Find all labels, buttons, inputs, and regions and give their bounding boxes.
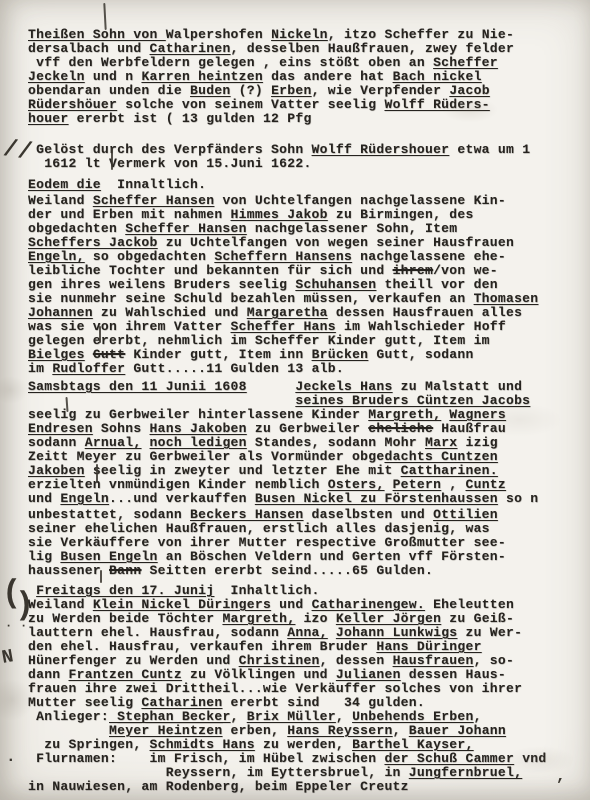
- text-run: , so-: [474, 653, 515, 668]
- underlined-text: Brücken: [312, 347, 369, 362]
- text-run: Standes, sodann Mohr: [247, 435, 425, 450]
- text-run: zu Wahlschied und: [93, 305, 247, 320]
- text-run: lig: [28, 549, 60, 564]
- text-run: ererbt sind 34 gulden.: [222, 695, 425, 710]
- text-run: [247, 379, 296, 394]
- underlined-text: Barthel Kayser,: [352, 737, 474, 752]
- text-run: Weiland: [28, 193, 93, 208]
- text-run: Seitten ererbt seind.....65 Gulden.: [141, 563, 433, 578]
- heading-eodem-die: Eodem die Innaltlich.: [28, 178, 590, 192]
- text-run: seelig in zweyter und letzter Ehe mit: [85, 463, 401, 478]
- document-text: Theißen Sohn von Walpershofen Nickeln, i…: [28, 28, 590, 794]
- underlined-text: Johannen: [28, 305, 93, 320]
- ink-speck: ,: [556, 768, 566, 784]
- boxed-text: Meyer Heintzen: [109, 723, 222, 738]
- entry-busen-nickel: unbestattet, sodann Beckers Hansen dasel…: [28, 508, 590, 578]
- text-run: Eheleutten: [425, 597, 514, 612]
- text-run: sie nunmehr seine Schuld bezahlen müssen…: [28, 291, 474, 306]
- text-run: haussener: [28, 563, 109, 578]
- text-line: zu Springen, Schmidts Hans zu werden, Ba…: [28, 738, 590, 752]
- text-line: und Engeln...und verkauffen Busen Nickel…: [28, 492, 590, 506]
- text-run: leibliche Tochter und bekannten für sich…: [28, 263, 393, 278]
- text-line: Zeitt Meyer zu Gerbweiler als Vormünder …: [28, 450, 590, 464]
- text-run: nachgelassene ehe-: [352, 249, 506, 264]
- text-run: das andere hat: [263, 69, 393, 84]
- text-run: , desselben Haußfrauen, zwey felder: [231, 41, 515, 56]
- text-run: Haußfrau: [433, 421, 506, 436]
- underlined-text: Erben: [271, 83, 312, 98]
- text-line: obendaran unden die Buden (?) Erben, wie…: [28, 84, 590, 98]
- text-line: seelig zu Gerbweiler hinterlassene Kinde…: [28, 408, 590, 422]
- text-run: etwa um 1: [449, 142, 530, 157]
- pen-stroke: [103, 3, 106, 30]
- underlined-text: Karren heintzen: [141, 69, 263, 84]
- underlined-text: Jacob: [449, 83, 490, 98]
- underlined-text: Scheffer Hansen: [125, 221, 247, 236]
- underlined-text: Busen Engeln: [60, 549, 157, 564]
- underlined-text: Arnual,: [85, 435, 142, 450]
- margin-n-mark: N: [0, 647, 15, 668]
- text-run: Flurnamen: im Frisch, im Hübel zwischen: [28, 751, 384, 766]
- text-run: [85, 347, 93, 362]
- underlined-text: Busen Nickel zu Förstenhaussen: [255, 491, 498, 506]
- text-run: Anlieger:: [28, 709, 117, 724]
- text-line: gen ihres weilens Bruders seelig Schuhan…: [28, 278, 590, 292]
- text-run: ,: [393, 723, 409, 738]
- text-line: was sie von ihrem Vatter Scheffer Hans i…: [28, 320, 590, 334]
- text-line: der und Erben mit nahmen Himmes Jakob zu…: [28, 208, 590, 222]
- text-run: Gutt.....11 Gulden 13 alb.: [125, 361, 344, 376]
- underlined-text: Jeckels Hans: [295, 379, 392, 394]
- underlined-text: Endresen: [28, 421, 93, 436]
- text-line: houer ererbt ist ( 13 gulden 12 Pfg: [28, 112, 590, 126]
- text-run: ,: [474, 709, 482, 724]
- text-run: dessen Haus-: [401, 667, 506, 682]
- text-run: zu Völklingen und: [182, 667, 336, 682]
- underlined-text: Cuntz: [466, 477, 507, 492]
- text-line: obgedachten Scheffer Hansen nachgelassen…: [28, 222, 590, 236]
- underlined-text: Hausfrauen: [393, 653, 474, 668]
- text-run: daselbsten und: [303, 507, 433, 522]
- underlined-text: Cattharinen.: [401, 463, 498, 478]
- underlined-text: Christinen: [239, 653, 320, 668]
- text-run: zu Wer-: [457, 625, 522, 640]
- underlined-text: Marx: [425, 435, 457, 450]
- text-run: ,: [336, 709, 352, 724]
- entry-walpershofen: Theißen Sohn von Walpershofen Nickeln, i…: [28, 28, 590, 126]
- text-run: und n: [85, 69, 142, 84]
- text-line: seines Bruders Cüntzen Jacobs: [28, 394, 590, 408]
- underlined-text: Unbehends Erben: [352, 709, 474, 724]
- underlined-text: Margreth,: [368, 407, 441, 422]
- text-line: Freitags den 17. Junij Inhaltlich.: [28, 584, 590, 598]
- text-run: im: [28, 361, 52, 376]
- text-run: erzielten vnmündigen Kinder nemblich: [28, 477, 328, 492]
- underlined-text: Catharinen: [150, 41, 231, 56]
- text-line: vff den Werbfeldern gelegen , eins stößt…: [28, 56, 590, 70]
- text-line: Weiland Scheffer Hansen von Uchtelfangen…: [28, 194, 590, 208]
- underlined-text: Nickeln: [271, 27, 328, 42]
- text-line: lauttern ehel. Hausfrau, sodann Anna, Jo…: [28, 626, 590, 640]
- underlined-text: Margreth,: [222, 611, 295, 626]
- double-slash-mark: //: [1, 138, 33, 166]
- text-run: zu werden,: [255, 737, 352, 752]
- text-run: seiner ehelichen Haußfrauen, erstlich al…: [28, 521, 490, 536]
- text-run: der und Erben mit nahmen: [28, 207, 231, 222]
- text-line: den ehel. Hausfrau, verkaufen ihrem Brud…: [28, 640, 590, 654]
- text-line: Hünerfenger zu Werden und Christinen, de…: [28, 654, 590, 668]
- underlined-text: Scheffers Jackob: [28, 235, 158, 250]
- text-line: seiner ehelichen Haußfrauen, erstlich al…: [28, 522, 590, 536]
- text-line: sie nunmehr seine Schuld bezahlen müssen…: [28, 292, 590, 306]
- underlined-text: Theißen Sohn von: [28, 27, 166, 42]
- text-line: Bielges Gutt Kinder gutt, Item inn Brück…: [28, 348, 590, 362]
- text-line: haussener Bann Seitten ererbt seind.....…: [28, 564, 590, 578]
- text-line: Jakoben seelig in zweyter und letzter Eh…: [28, 464, 590, 478]
- text-run: Hünerfenger zu Werden und: [28, 653, 239, 668]
- underlined-text: Keller Jörgen: [336, 611, 441, 626]
- underlined-text: Margaretha: [247, 305, 328, 320]
- pen-stroke: [111, 148, 113, 170]
- underlined-text: Anna,: [287, 625, 328, 640]
- text-run: Gelöst durch des Verpfänders Sohn: [28, 142, 312, 157]
- text-run: dersalbach und: [28, 41, 150, 56]
- underlined-text: dachts Cuntzen: [384, 449, 497, 464]
- text-run: sie Verkäuffere von ihrer Mutter respect…: [28, 535, 506, 550]
- text-run: frauen ihre zwei Drittheil...wie Verkäuf…: [28, 681, 522, 696]
- text-run: zu Birmingen, des: [328, 207, 474, 222]
- text-run: sodann: [28, 435, 85, 450]
- text-line: gelegen ererbt, nehmlich im Scheffer Kin…: [28, 334, 590, 348]
- text-run: den ehel. Hausfrau, verkaufen ihrem Brud…: [28, 639, 376, 654]
- underlined-text: der Schuß Cammer: [384, 751, 514, 766]
- text-run: erben,: [222, 723, 287, 738]
- text-run: obendaran unden die: [28, 83, 190, 98]
- text-run: Inhaltlich.: [214, 583, 319, 598]
- text-run: zu Geiß-: [441, 611, 514, 626]
- text-line: Endresen Sohns Hans Jakoben zu Gerbweile…: [28, 422, 590, 436]
- underlined-text: Freitags den 17. Junij: [36, 583, 214, 598]
- text-run: Zeitt Meyer zu Gerbweiler als Vormünder …: [28, 449, 384, 464]
- text-line: Anlieger: Stephan Becker, Brix Müller, U…: [28, 710, 590, 724]
- underlined-text: Catharinengew.: [312, 597, 425, 612]
- entry-samstag-11-junii-1608: Samsbtags den 11 Junii 1608 Jeckels Hans…: [28, 380, 590, 506]
- underlined-text: Wagners: [449, 407, 506, 422]
- text-run: in Nauwiesen, am Rodenberg, beim Eppeler…: [28, 779, 409, 794]
- text-run: lauttern ehel. Hausfrau, sodann: [28, 625, 287, 640]
- text-line: Mutter seelig Catharinen ererbt sind 34 …: [28, 696, 590, 710]
- text-run: Reyssern, im Eyttersbruel, in: [28, 765, 409, 780]
- text-line: leibliche Tochter und bekannten für sich…: [28, 264, 590, 278]
- text-run: zu Uchtelfangen von wegen seiner Hausfra…: [158, 235, 514, 250]
- text-run: zu Werden beide Töchter: [28, 611, 222, 626]
- underlined-text: Beckers Hansen: [190, 507, 303, 522]
- underlined-text: Catharinen: [141, 695, 222, 710]
- text-run: izo: [295, 611, 336, 626]
- struck-text: ihrem: [393, 263, 434, 278]
- underlined-text: Schmidts Hans: [150, 737, 255, 752]
- underlined-text: Scheffern Hansens: [214, 249, 352, 264]
- text-run: dessen Hausfrauen alles: [328, 305, 522, 320]
- underlined-text: Stephan Becker: [117, 709, 230, 724]
- text-run: gen ihres weilens Bruders seelig: [28, 277, 295, 292]
- text-run: seelig zu Gerbweiler hinterlassene Kinde…: [28, 407, 368, 422]
- text-line: Jeckeln und n Karren heintzen das andere…: [28, 70, 590, 84]
- text-run: Walpershofen: [166, 27, 271, 42]
- struck-text: Gutt: [93, 347, 125, 362]
- underlined-text: Eodem die: [28, 177, 101, 192]
- text-run: ,: [231, 709, 247, 724]
- text-line: unbestattet, sodann Beckers Hansen dasel…: [28, 508, 590, 522]
- struck-text: Bann: [109, 563, 141, 578]
- underlined-text: seines Bruders Cüntzen Jacobs: [295, 393, 530, 408]
- text-run: und: [271, 597, 312, 612]
- text-run: an Böschen Veldern und Gerten vff Förste…: [158, 549, 506, 564]
- text-run: ,: [441, 477, 465, 492]
- text-run: ...und verkauffen: [109, 491, 255, 506]
- underlined-text: houer: [28, 111, 69, 126]
- text-run: im Wahlschieder Hoff: [336, 319, 506, 334]
- text-run: Kinder gutt, Item inn: [125, 347, 311, 362]
- underlined-text: Scheffer Hansen: [93, 193, 215, 208]
- text-line: Engeln, so obgedachten Scheffern Hansens…: [28, 250, 590, 264]
- text-run: /von we-: [433, 263, 498, 278]
- text-line: zu Werden beide Töchter Margreth, izo Ke…: [28, 612, 590, 626]
- text-line: erzielten vnmündigen Kinder nemblich Ost…: [28, 478, 590, 492]
- underlined-text: Klein Nickel Düringers: [93, 597, 271, 612]
- underlined-text: Jeckeln: [28, 69, 85, 84]
- text-run: , itzo Scheffer zu Nie-: [328, 27, 514, 42]
- text-run: [384, 477, 392, 492]
- text-line: Johannen zu Wahlschied und Margaretha de…: [28, 306, 590, 320]
- underlined-text: Bach nickel: [393, 69, 482, 84]
- underlined-text: Jakoben: [28, 463, 85, 478]
- text-run: Gutt, sodann: [368, 347, 473, 362]
- text-run: zu Malstatt und: [393, 379, 523, 394]
- underlined-text: Ottilien: [433, 507, 498, 522]
- text-run: , dessen: [320, 653, 393, 668]
- text-run: und: [28, 491, 60, 506]
- underlined-text: Himmes Jakob: [231, 207, 328, 222]
- underlined-text: Rüdershöuer: [28, 97, 117, 112]
- text-run: dann: [28, 667, 69, 682]
- pen-stroke: [100, 570, 102, 583]
- text-line: Theißen Sohn von Walpershofen Nickeln, i…: [28, 28, 590, 42]
- underlined-text: Johann Lunkwigs: [336, 625, 458, 640]
- text-run: so n: [498, 491, 539, 506]
- text-run: Innaltlich.: [101, 177, 206, 192]
- text-run: (?): [231, 83, 272, 98]
- text-run: was sie von ihrem Vatter: [28, 319, 231, 334]
- struck-text: eheliche: [368, 421, 433, 436]
- ink-specks: · ·: [5, 620, 28, 632]
- text-run: von Uchtelfangen nachgelassene Kin-: [214, 193, 506, 208]
- text-run: obgedachten: [28, 221, 125, 236]
- text-run: solche von seinem Vatter seelig: [117, 97, 384, 112]
- underlined-text: Jungfernbruel,: [409, 765, 522, 780]
- underlined-text: Buden: [190, 83, 231, 98]
- underlined-text: Bauer Johann: [409, 723, 506, 738]
- text-run: [328, 625, 336, 640]
- text-run: izig: [457, 435, 498, 450]
- underlined-text: Engeln,: [28, 249, 85, 264]
- underlined-text: Osters,: [328, 477, 385, 492]
- pen-stroke: [99, 326, 101, 343]
- margin-paren-close: ): [15, 590, 35, 622]
- underlined-text: Wolff Rüdershouer: [312, 142, 450, 157]
- text-line: Weiland Klein Nickel Düringers und Catha…: [28, 598, 590, 612]
- text-run: ererbt ist ( 13 gulden 12 Pfg: [69, 111, 312, 126]
- text-line: Reyssern, im Eyttersbruel, in Jungfernbr…: [28, 766, 590, 780]
- text-line: frauen ihre zwei Drittheil...wie Verkäuf…: [28, 682, 590, 696]
- underlined-text: Bielges: [28, 347, 85, 362]
- underlined-text: Scheffer Hans: [231, 319, 336, 334]
- underlined-text: Samsbtags den 11 Junii 1608: [28, 379, 247, 394]
- underlined-text: Hans Reyssern: [287, 723, 392, 738]
- text-run: [28, 723, 109, 738]
- text-run: Mutter seelig: [28, 695, 141, 710]
- text-run: nachgelassener Sohn, Item: [247, 221, 458, 236]
- text-run: vnd: [514, 751, 546, 766]
- entry-freitag-17-junij: Freitags den 17. Junij Inhaltlich.Weilan…: [28, 584, 590, 794]
- underlined-text: Schuhansen: [295, 277, 376, 292]
- scanned-page: Theißen Sohn von Walpershofen Nickeln, i…: [0, 0, 590, 800]
- underlined-text: Scheffer: [433, 55, 498, 70]
- text-line: Samsbtags den 11 Junii 1608 Jeckels Hans…: [28, 380, 590, 394]
- underlined-text: Thomasen: [474, 291, 539, 306]
- text-run: zu Gerbweiler: [247, 421, 369, 436]
- ink-speck: ·: [6, 752, 16, 768]
- text-run: , wie Verpfender: [312, 83, 450, 98]
- underlined-text: Rudloffer: [52, 361, 125, 376]
- text-line: im Rudloffer Gutt.....11 Gulden 13 alb.: [28, 362, 590, 376]
- text-line: Eodem die Innaltlich.: [28, 178, 590, 192]
- underlined-text: Wolff Rüders-: [384, 97, 489, 112]
- text-run: [141, 435, 149, 450]
- text-line: sodann Arnual, noch ledigen Standes, sod…: [28, 436, 590, 450]
- underlined-text: Petern: [393, 477, 442, 492]
- text-line: in Nauwiesen, am Rodenberg, beim Eppeler…: [28, 780, 590, 794]
- underlined-text: Frantzen Cuntz: [69, 667, 182, 682]
- text-run: Weiland: [28, 597, 93, 612]
- underlined-text: Hans Jakoben: [150, 421, 247, 436]
- text-run: so obgedachten: [85, 249, 215, 264]
- underlined-text: Julianen: [336, 667, 401, 682]
- text-run: unbestattet, sodann: [28, 507, 190, 522]
- underlined-text: noch ledigen: [150, 435, 247, 450]
- text-run: gelegen ererbt, nehmlich im Scheffer Kin…: [28, 333, 490, 348]
- text-line: Flurnamen: im Frisch, im Hübel zwischen …: [28, 752, 590, 766]
- entry-uchtelfangen: Weiland Scheffer Hansen von Uchtelfangen…: [28, 194, 590, 376]
- text-line: Meyer Heintzen erben, Hans Reyssern, Bau…: [28, 724, 590, 738]
- text-line: sie Verkäuffere von ihrer Mutter respect…: [28, 536, 590, 550]
- text-line: dersalbach und Catharinen, desselben Hau…: [28, 42, 590, 56]
- underlined-text: Hans Düringer: [376, 639, 481, 654]
- text-run: zu Springen,: [28, 737, 150, 752]
- text-run: 1612 lt Vermerk von 15.Juni 1622.: [28, 156, 312, 171]
- text-run: theill vor den: [376, 277, 498, 292]
- text-line: Scheffers Jackob zu Uchtelfangen von weg…: [28, 236, 590, 250]
- text-line: lig Busen Engeln an Böschen Veldern und …: [28, 550, 590, 564]
- pen-stroke: [96, 464, 98, 483]
- underlined-text: Engeln: [60, 491, 109, 506]
- text-run: Sohns: [93, 421, 150, 436]
- underlined-text: Brix Müller: [247, 709, 336, 724]
- text-line: dann Frantzen Cuntz zu Völklingen und Ju…: [28, 668, 590, 682]
- text-line: Rüdershöuer solche von seinem Vatter see…: [28, 98, 590, 112]
- text-run: vff den Werbfeldern gelegen , eins stößt…: [28, 55, 433, 70]
